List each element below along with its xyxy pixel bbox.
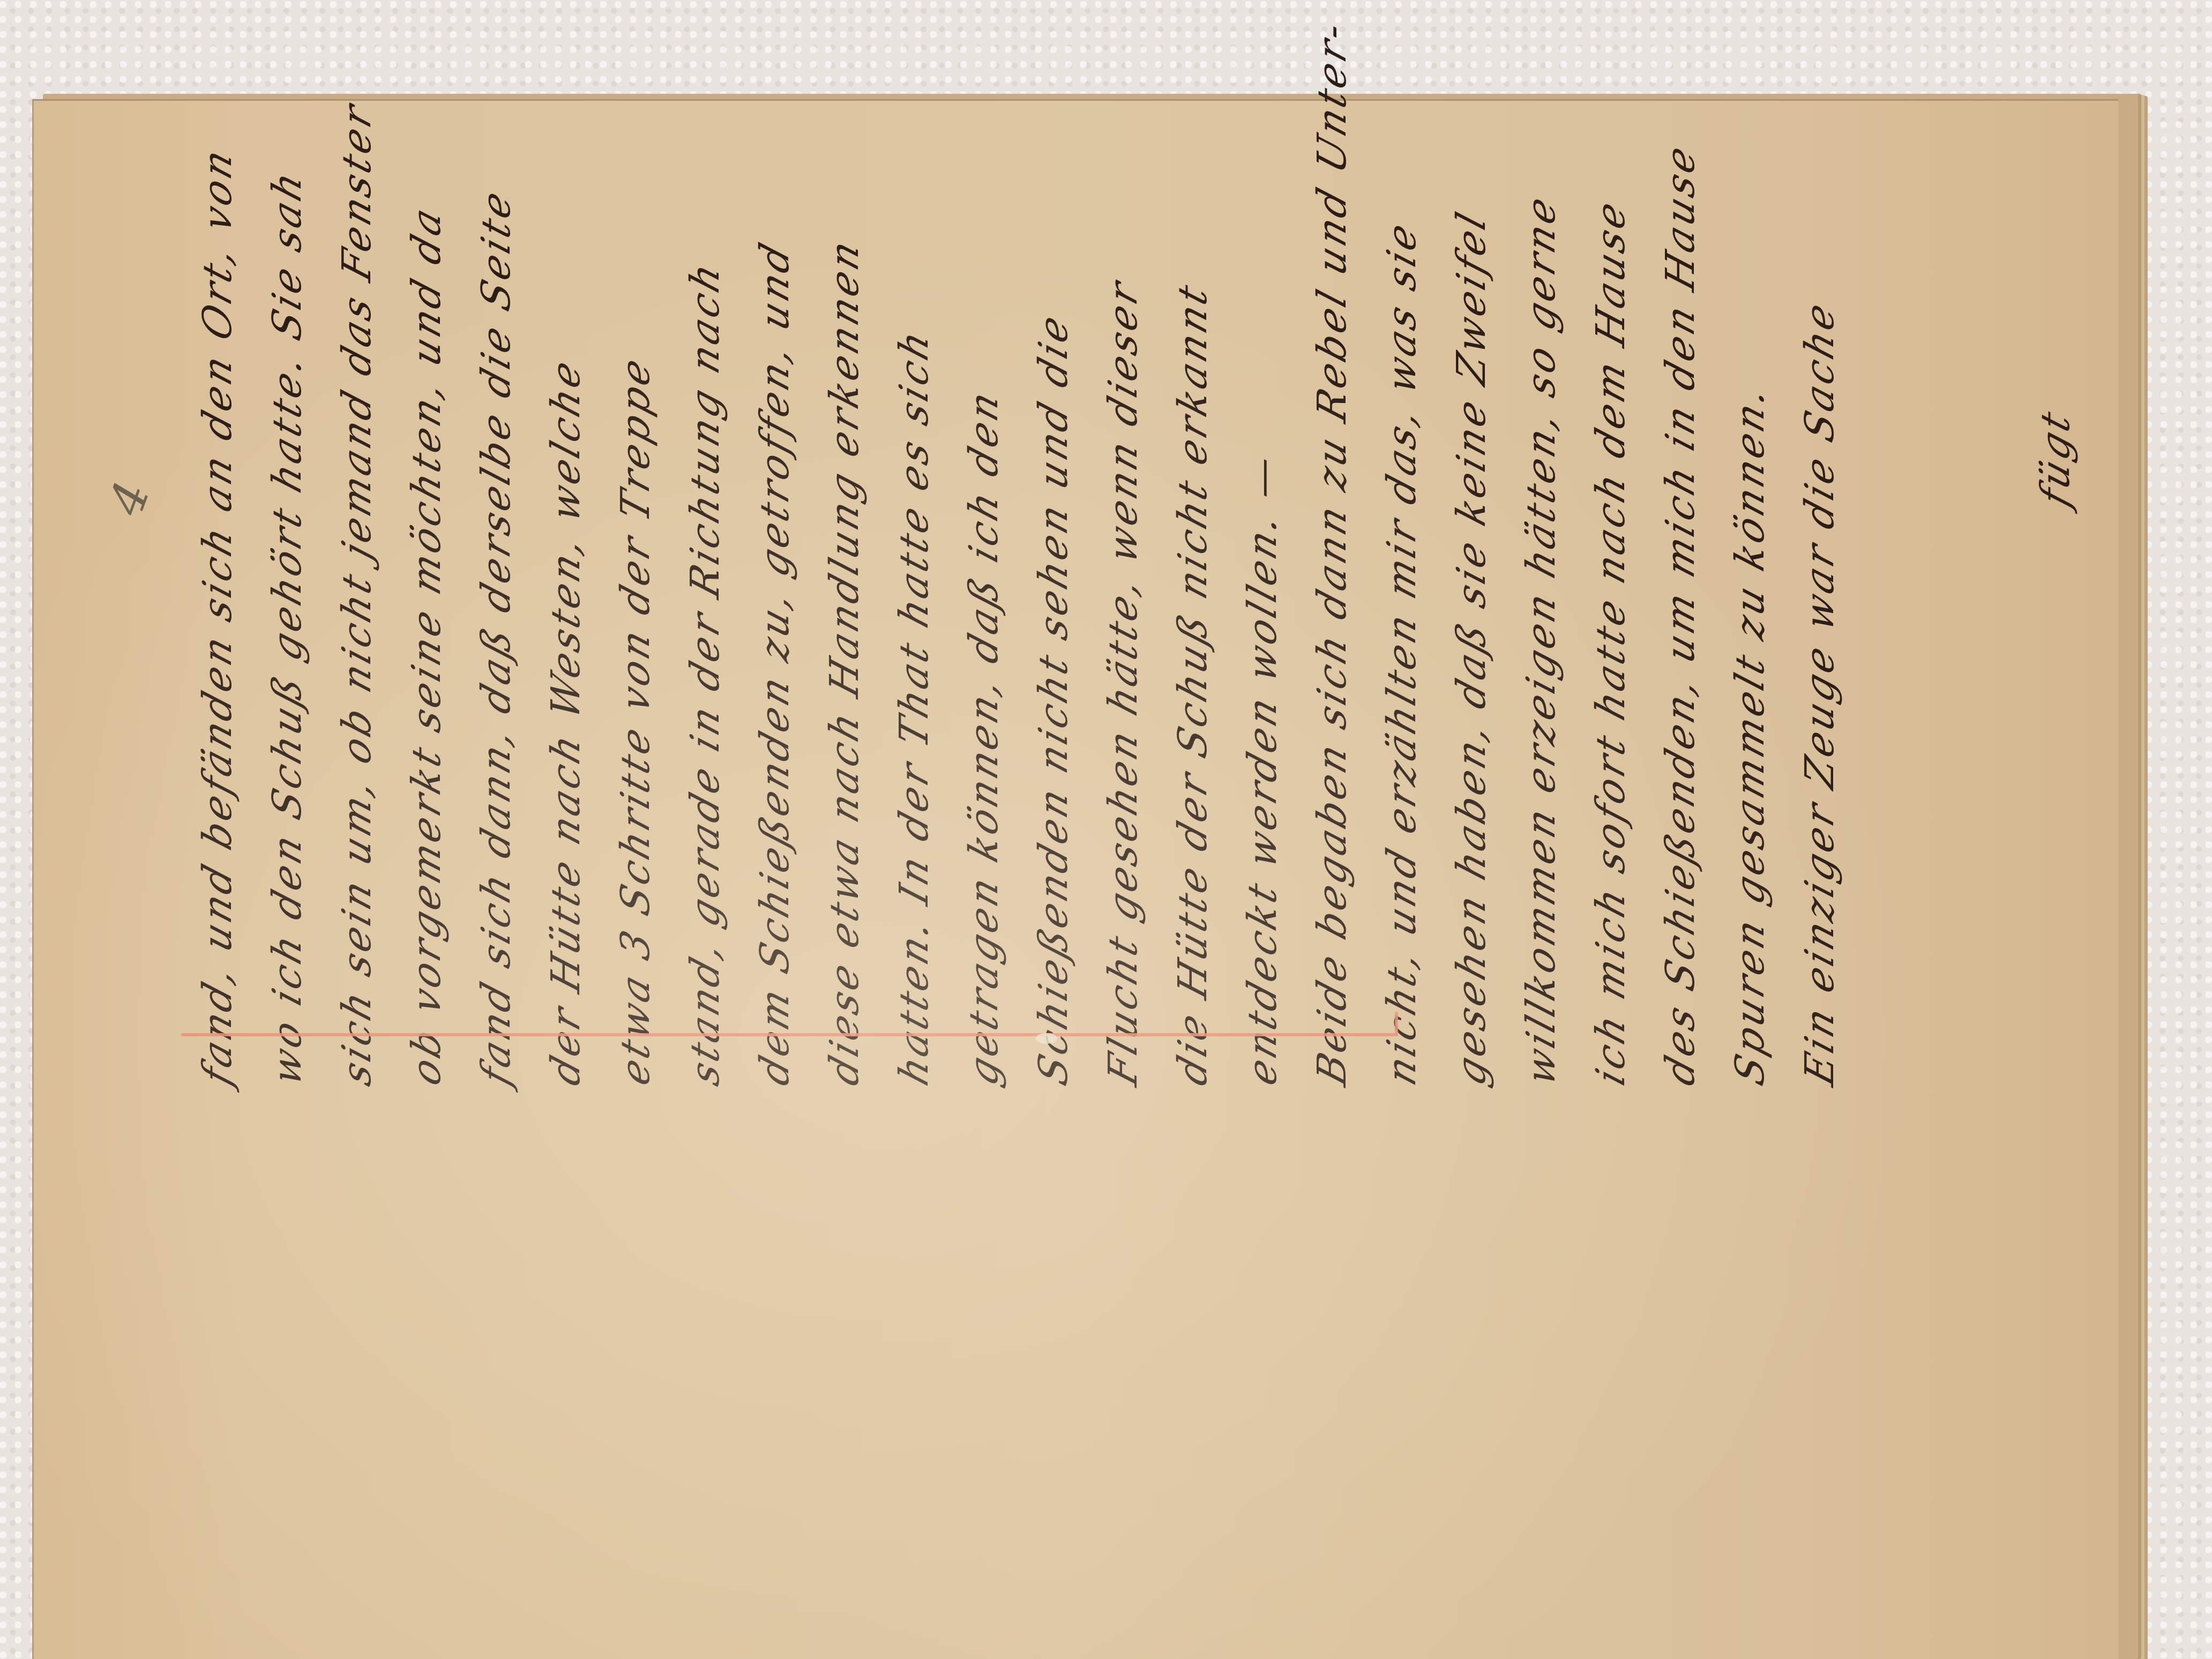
text-line: die Hütte der Schuß nicht erkannt bbox=[1170, 276, 1216, 1091]
text-line: fand sich dann, daß derselbe die Seite bbox=[473, 183, 519, 1091]
text-line: nicht, und erzählten mir das, was sie bbox=[1379, 215, 1425, 1091]
text-line: fand, und befänden sich an den Ort, von bbox=[195, 141, 241, 1091]
text-line: Spuren gesammelt zu können. bbox=[1727, 378, 1773, 1091]
text-line: entdeckt werden wollen. — bbox=[1239, 447, 1286, 1091]
text-line: dem Schießenden zu, getroffen, und bbox=[752, 235, 798, 1091]
text-line: wo ich den Schuß gehört hatte. Sie sah bbox=[264, 163, 310, 1091]
text-line: des Schießenden, um mich in den Hause bbox=[1657, 137, 1703, 1091]
text-line: gesehen haben, daß sie keine Zweifel bbox=[1448, 204, 1494, 1091]
text-line: getragen können, daß ich den bbox=[961, 383, 1007, 1090]
text-line: der Hütte nach Westen, welche bbox=[543, 352, 589, 1091]
text-line: Schießenden nicht sehen und die bbox=[1030, 307, 1077, 1091]
handwritten-text-block: fand, und befänden sich an den Ort, von … bbox=[141, 208, 2124, 1065]
text-line: Flucht gesehen hätte, wenn dieser bbox=[1100, 273, 1146, 1091]
text-line: willkommen erzeigen hätten, so gerne bbox=[1518, 188, 1564, 1091]
manuscript-page: 4 fand, und befänden sich an den Ort, vo… bbox=[32, 99, 2118, 1659]
red-pencil-margin-line bbox=[181, 1033, 1398, 1036]
text-line: ich mich sofort hatte nach dem Hause bbox=[1588, 193, 1634, 1091]
catchword: fügt bbox=[2032, 403, 2079, 512]
text-line: stand, gerade in der Richtung nach bbox=[682, 255, 728, 1091]
paper-blemish bbox=[1036, 1033, 1057, 1044]
text-line: Ein einziger Zeuge war die Sache bbox=[1797, 294, 1843, 1091]
text-line: Beide begaben sich dann zu Rebel und Unt… bbox=[1309, 14, 1355, 1091]
text-line: etwa 3 Schritte von der Treppe bbox=[612, 350, 659, 1091]
text-line: sich sein um, ob nicht jemand das Fenste… bbox=[334, 96, 380, 1091]
red-pencil-hook bbox=[1395, 1012, 1398, 1036]
text-line: diese etwa nach Handlung erkennen bbox=[821, 232, 868, 1091]
text-line: hatten. In der That hatte es sich bbox=[891, 322, 937, 1091]
text-line: ob vorgemerkt seine möchten, und da bbox=[403, 199, 450, 1091]
